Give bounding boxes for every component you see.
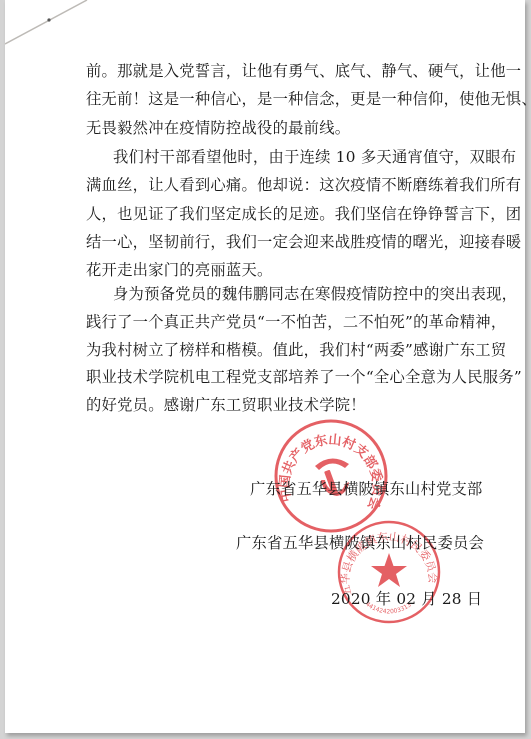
star-icon — [371, 553, 407, 587]
paragraph-1-line-2: 往无前！这是一种信心，是一种信念，更是一种信仰，使他无惧、 — [86, 90, 454, 108]
seal-1-ring-text: 中国共产党东山村支部委员会 — [277, 432, 385, 512]
paragraph-3-line-2: 践行了一个真正共产党员“一不怕苦，二不怕死”的革命精神， — [86, 313, 454, 331]
paragraph-3-line-4: 职业技术学院机电工程党支部培养了一个“全心全意为人民服务” — [86, 368, 454, 386]
paragraph-1-line-1: 前。那就是入党誓言，让他有勇气、底气、静气、硬气，让他一 — [86, 62, 454, 80]
paragraph-2-line-2: 满血丝，让人看到心痛。他却说：这次疫情不断磨练着我们所有 — [86, 176, 454, 194]
document-page — [5, 0, 525, 733]
paragraph-3-line-3: 为我村树立了榜样和楷模。值此，我们村“两委”感谢广东工贸 — [86, 341, 454, 359]
paragraph-2-line-5: 花开走出家门的亮丽蓝天。 — [86, 261, 454, 279]
signature-party-branch: 广东省五华县横陂镇东山村党支部 — [250, 480, 482, 498]
paragraph-1-line-3: 无畏毅然冲在疫情防控战役的最前线。 — [86, 119, 454, 137]
paragraph-3-line-1: 身为预备党员的魏伟鹏同志在寒假疫情防控中的突出表现， — [113, 285, 454, 303]
paragraph-2-line-1: 我们村干部看望他时，由于连续 10 多天通宵值守，双眼布 — [113, 148, 454, 166]
paper-crease-mark — [5, 0, 105, 50]
party-branch-seal: 中国共产党东山村支部委员会 — [273, 418, 389, 534]
document-date: 2020 年 02 月 28 日 — [331, 590, 482, 608]
svg-text:中国共产党东山村支部委员会: 中国共产党东山村支部委员会 — [277, 432, 385, 512]
paragraph-2-line-4: 结一心，坚韧前行，我们一定会迎来战胜疫情的曙光，迎接春暖 — [86, 233, 454, 251]
signature-village-committee: 广东省五华县横陂镇东山村民委员会 — [236, 534, 484, 552]
paragraph-2-line-3: 人，也见证了我们坚定成长的足迹。我们坚信在铮铮誓言下，团 — [86, 205, 454, 223]
paragraph-3-line-5: 的好党员。感谢广东工贸职业技术学院！ — [86, 396, 454, 414]
